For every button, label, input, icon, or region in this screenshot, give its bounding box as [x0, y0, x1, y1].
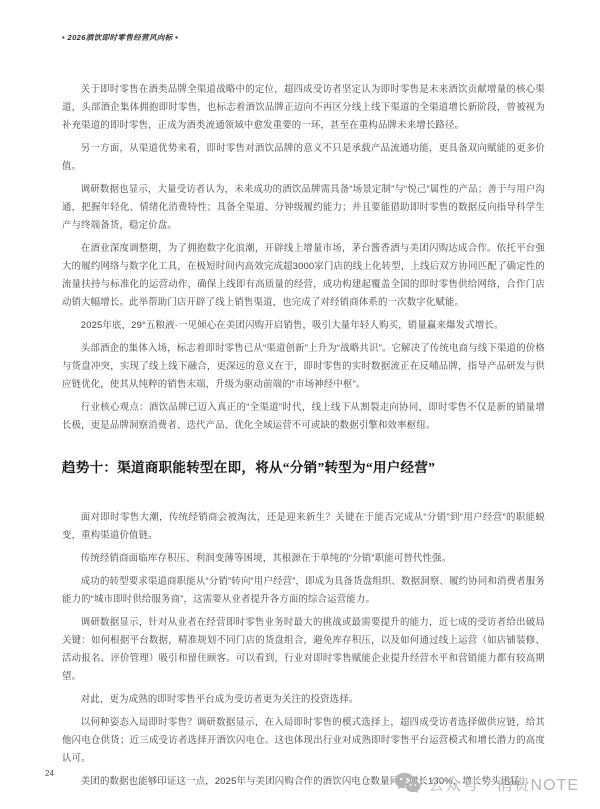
paragraph: 调研数据也显示，大量受访者认为，未来成功的酒饮品牌需具备“场景定制”与“悦己”属…	[62, 180, 545, 234]
wechat-icon	[394, 772, 421, 795]
paragraph: 对此，更为成熟的即时零售平台成为受访者更为关注的投资选择。	[62, 690, 545, 708]
paragraph: 传统经销商面临库存积压、利润变薄等困境，其根源在于单纯的“分销”职能可替代性强。	[62, 549, 545, 567]
watermark-label: 公众号 · 消费NOTE	[428, 772, 579, 795]
paragraph: 头部酒企的集体入场，标志着即时零售已从“渠道创新”上升为“战略共识”。它解决了传…	[62, 339, 545, 393]
paragraph: 关于即时零售在酒类品牌全渠道战略中的定位，超四成受访者坚定认为即时零售是未来酒饮…	[62, 80, 545, 134]
section-top: 关于即时零售在酒类品牌全渠道战略中的定位，超四成受访者坚定认为即时零售是未来酒饮…	[62, 80, 545, 439]
paragraph: 2025年底，29°五粮液·一见倾心在美团闪购开启销售，吸引大量年轻人购买，销量…	[62, 316, 545, 334]
paragraph: 成功的转型要求渠道商职能从“分销”转向“用户经营”，即成为具备货盘组织、数据洞察…	[62, 572, 545, 608]
running-header: • 2026酒饮即时零售经营风向标 •	[62, 32, 178, 43]
paragraph: 以何种姿态入局即时零售？调研数据显示，在入局即时零售的模式选择上，超四成受访者选…	[62, 713, 545, 767]
paragraph: 面对即时零售大潮，传统经销商会被淘汰，还是迎来新生？关键在于能否完成从“分销”到…	[62, 508, 545, 544]
paragraph: 调研数据显示，针对从业者在经营即时零售业务时最大的挑战或最需要提升的能力，近七成…	[62, 613, 545, 685]
paragraph: 行业核心观点：酒饮品牌已迈入真正的“全渠道”时代，线上线下从割裂走向协同，即时零…	[62, 398, 545, 434]
wechat-watermark: 公众号 · 消费NOTE	[394, 772, 579, 795]
paragraph: 另一方面，从渠道优势来看，即时零售对酒饮品牌的意义不只是承载产品流通功能，更具备…	[62, 139, 545, 175]
page-number: 24	[45, 769, 54, 778]
paragraph: 在酒业深度调整期，为了拥抱数字化浪潮，开辟线上增量市场，茅台酱香酒与美团闪购达成…	[62, 239, 545, 311]
section-heading: 趋势十：渠道商职能转型在即，将从“分销”转型为“用户经营”	[62, 456, 587, 476]
section-bottom: 面对即时零售大潮，传统经销商会被淘汰，还是迎来新生？关键在于能否完成从“分销”到…	[62, 508, 545, 795]
